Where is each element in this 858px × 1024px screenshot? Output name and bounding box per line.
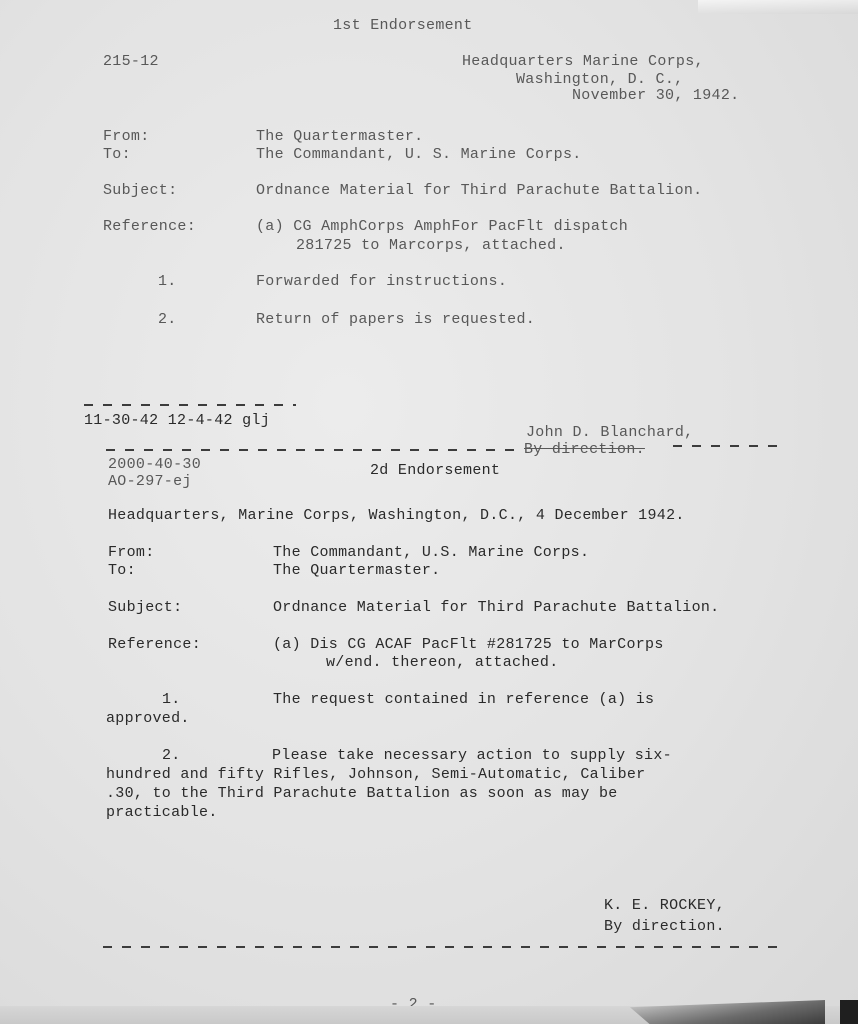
- second-reference-line-2: w/end. thereon, attached.: [326, 654, 559, 672]
- second-reference-label: Reference:: [108, 636, 201, 654]
- second-subject-value: Ordnance Material for Third Parachute Ba…: [273, 599, 719, 617]
- second-to-label: To:: [108, 562, 136, 580]
- second-para-2-line-3: .30, to the Third Parachute Battalion as…: [106, 785, 618, 803]
- first-from-label: From:: [103, 128, 150, 146]
- first-para-2-number: 2.: [158, 311, 177, 329]
- second-para-1-line-1: The request contained in reference (a) i…: [273, 691, 654, 709]
- divider-second-right: [673, 445, 779, 447]
- second-para-2-number: 2.: [162, 747, 181, 765]
- second-para-2-line-1: Please take necessary action to supply s…: [272, 747, 672, 765]
- first-para-2-text: Return of papers is requested.: [256, 311, 535, 329]
- second-from-value: The Commandant, U.S. Marine Corps.: [273, 544, 589, 562]
- background-edge: [840, 1000, 858, 1024]
- first-address-line-1: Headquarters Marine Corps,: [462, 53, 704, 71]
- first-signature-title: By direction.: [524, 441, 645, 459]
- paper-edge-top: [698, 0, 858, 14]
- divider-second-left: [106, 449, 522, 451]
- second-to-value: The Quartermaster.: [273, 562, 440, 580]
- second-signature-title: By direction.: [604, 918, 725, 936]
- second-signature-name: K. E. ROCKEY,: [604, 897, 725, 915]
- first-endorsement-title: 1st Endorsement: [333, 17, 473, 35]
- first-from-value: The Quartermaster.: [256, 128, 423, 146]
- second-from-label: From:: [108, 544, 155, 562]
- divider-bottom: [103, 946, 777, 948]
- second-subject-label: Subject:: [108, 599, 182, 617]
- first-signature-name: John D. Blanchard,: [526, 424, 693, 442]
- routing-code: 11-30-42 12-4-42 glj: [84, 412, 270, 430]
- second-file-number-2: AO-297-ej: [108, 473, 192, 491]
- first-address-date: November 30, 1942.: [572, 87, 739, 105]
- first-subject-label: Subject:: [103, 182, 177, 200]
- first-to-label: To:: [103, 146, 131, 164]
- divider-short: [84, 404, 296, 406]
- second-para-2-line-2: hundred and fifty Rifles, Johnson, Semi-…: [106, 766, 645, 784]
- second-file-number-1: 2000-40-30: [108, 456, 201, 474]
- second-reference-line-1: (a) Dis CG ACAF PacFlt #281725 to MarCor…: [273, 636, 664, 654]
- first-reference-line-1: (a) CG AmphCorps AmphFor PacFlt dispatch: [256, 218, 628, 236]
- first-file-number: 215-12: [103, 53, 159, 71]
- second-heading-line: Headquarters, Marine Corps, Washington, …: [108, 507, 685, 525]
- first-para-1-text: Forwarded for instructions.: [256, 273, 507, 291]
- first-to-value: The Commandant, U. S. Marine Corps.: [256, 146, 582, 164]
- second-endorsement-title: 2d Endorsement: [370, 462, 500, 480]
- first-para-1-number: 1.: [158, 273, 177, 291]
- first-reference-line-2: 281725 to Marcorps, attached.: [296, 237, 566, 255]
- first-reference-label: Reference:: [103, 218, 196, 236]
- second-para-1-number: 1.: [162, 691, 181, 709]
- second-para-2-line-4: practicable.: [106, 804, 218, 822]
- first-subject-value: Ordnance Material for Third Parachute Ba…: [256, 182, 702, 200]
- second-para-1-line-2: approved.: [106, 710, 190, 728]
